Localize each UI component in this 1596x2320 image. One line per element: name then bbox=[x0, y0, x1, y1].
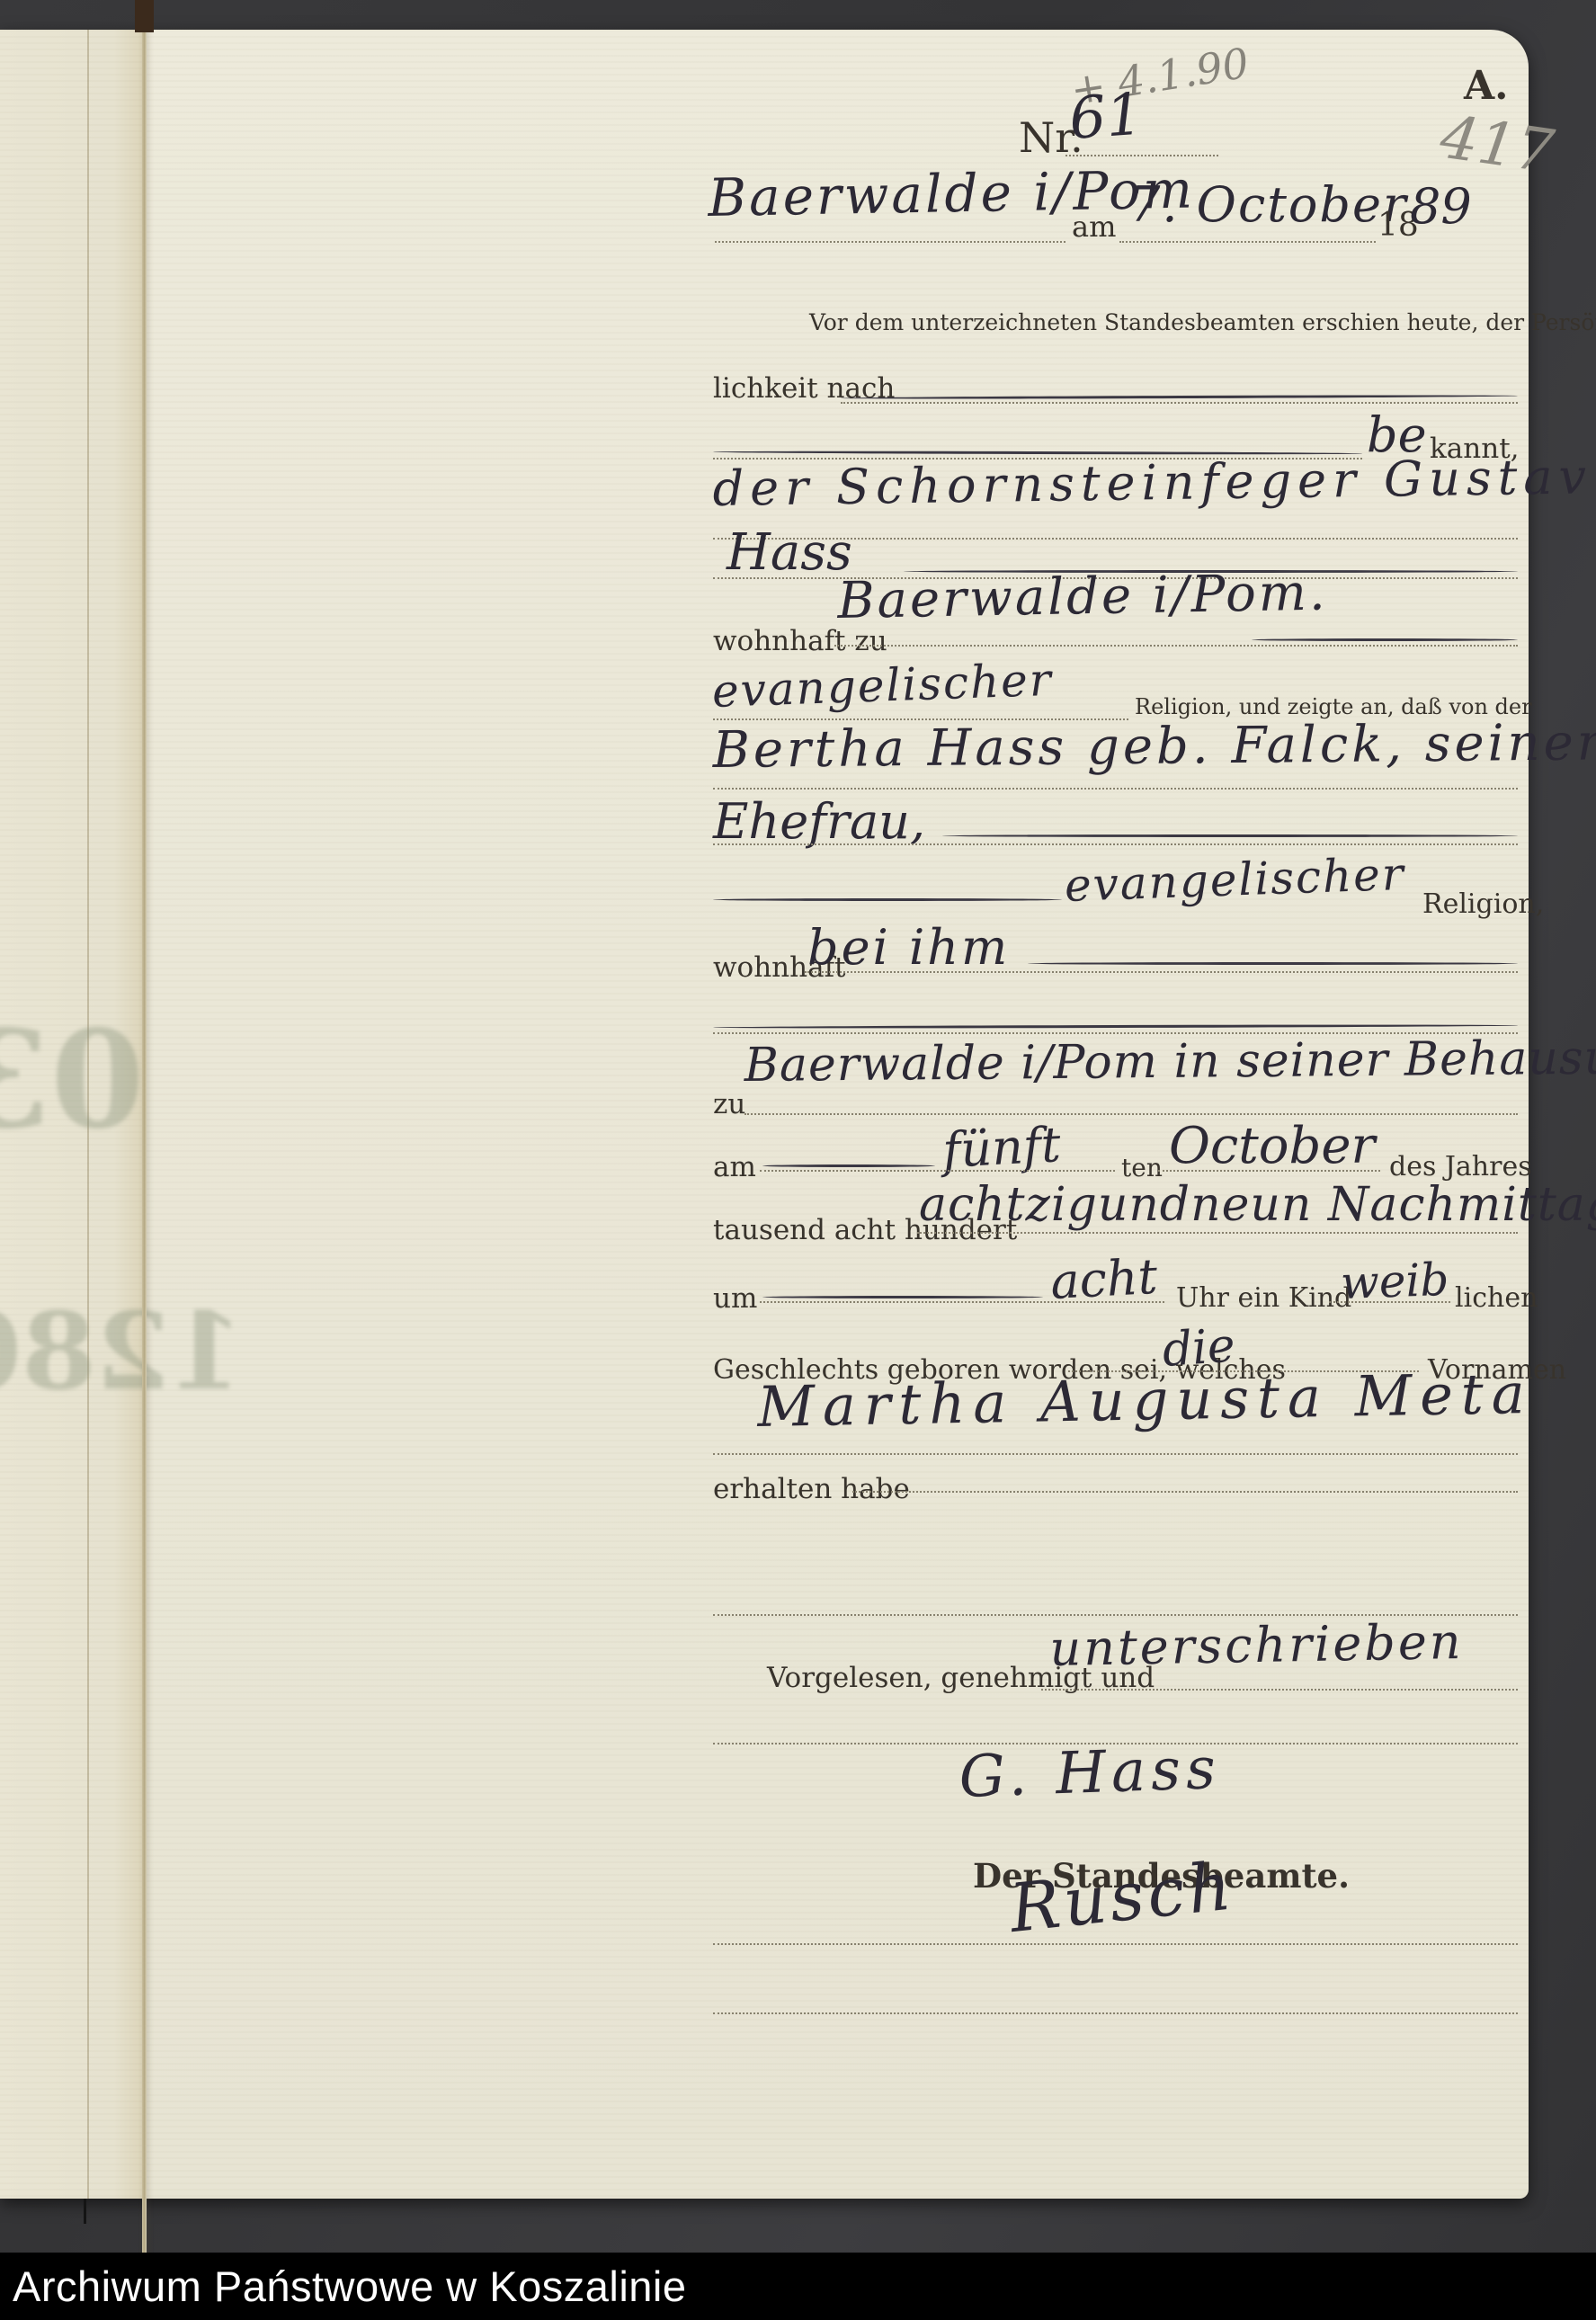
year-suffix: 89 bbox=[1410, 178, 1472, 235]
intro-line2: lichkeit nach bbox=[713, 372, 895, 405]
dotted-line bbox=[834, 645, 1518, 647]
dotted-line bbox=[1158, 1170, 1380, 1172]
dotted-line bbox=[713, 1453, 1518, 1455]
dotted-line bbox=[713, 1943, 1518, 1945]
year-entry: achtzigundneun Nachmittags bbox=[919, 1178, 1596, 1232]
strike-rule bbox=[762, 1164, 935, 1167]
page-edge-shadow bbox=[84, 2199, 86, 2224]
child-names-entry: Martha Augusta Meta bbox=[757, 1361, 1534, 1440]
birthdate-am-label: am bbox=[713, 1151, 756, 1183]
residence-entry: Baerwalde i/Pom. bbox=[837, 563, 1328, 630]
intro-line1: Vor dem unterzeichneten Standesbeamten e… bbox=[809, 309, 1596, 335]
place-entry: Baerwalde i/Pom bbox=[708, 159, 1196, 228]
strike-rule bbox=[713, 898, 1062, 901]
binding-tab bbox=[135, 0, 154, 32]
dotted-line bbox=[760, 1301, 1164, 1303]
birthplace-label: zu bbox=[713, 1088, 745, 1120]
corner-letter: A. bbox=[1464, 63, 1508, 109]
dotted-line bbox=[1329, 1301, 1450, 1303]
dotted-line bbox=[760, 1170, 1115, 1172]
date-entry: 7. October bbox=[1129, 176, 1408, 233]
residence2-entry: bei ihm bbox=[807, 919, 1010, 976]
dotted-line bbox=[1041, 1689, 1518, 1691]
closing-entry: unterschrieben bbox=[1049, 1613, 1464, 1677]
dotted-line bbox=[713, 788, 1518, 790]
strike-rule bbox=[762, 1296, 1043, 1298]
record-number-value: 61 bbox=[1067, 81, 1145, 153]
declarant-signature: G. Hass bbox=[958, 1736, 1222, 1811]
birthdate-month-entry: October bbox=[1169, 1117, 1375, 1175]
birthplace-entry: Baerwalde i/Pom in seiner Behausung bbox=[744, 1031, 1596, 1093]
dotted-line bbox=[713, 843, 1518, 845]
archive-name: Archiwum Państwowe w Koszalinie bbox=[13, 2262, 687, 2311]
mother-name-entry: Bertha Hass geb. Falck, seiner bbox=[712, 713, 1596, 780]
time-print: Uhr ein Kind bbox=[1176, 1282, 1351, 1314]
ghost-number-top: 03 bbox=[0, 1001, 145, 1159]
ghost-number-bottom: 1280 bbox=[0, 1289, 243, 1414]
religion2-print: Religion, bbox=[1422, 888, 1544, 920]
dotted-line bbox=[841, 402, 1518, 404]
mother-ehefrau-entry: Ehefrau, bbox=[713, 793, 925, 850]
am-label: am bbox=[1072, 210, 1116, 244]
dotted-line bbox=[852, 1491, 1518, 1493]
dotted-line bbox=[1065, 155, 1218, 156]
page-fold bbox=[142, 0, 147, 2320]
received-print: erhalten habe bbox=[713, 1473, 910, 1505]
dotted-line bbox=[1119, 241, 1376, 243]
strike-rule bbox=[942, 834, 1518, 837]
sex-print: lichen bbox=[1455, 1282, 1538, 1314]
strike-rule bbox=[1252, 638, 1518, 641]
strike-rule bbox=[1028, 962, 1518, 965]
archive-footer-bar: Archiwum Państwowe w Koszalinie bbox=[0, 2253, 1596, 2320]
declarant-surname: Hass bbox=[727, 523, 852, 582]
dotted-line bbox=[715, 241, 1065, 243]
document-scan: 03 1280 + 4.1.90 A. 417 Nr. 61 Baerwalde… bbox=[0, 0, 1596, 2320]
dotted-line bbox=[917, 1232, 1518, 1234]
dotted-line bbox=[805, 971, 1518, 973]
dotted-line bbox=[745, 1113, 1518, 1115]
dotted-line bbox=[713, 2012, 1518, 2014]
time-um-label: um bbox=[713, 1282, 757, 1315]
